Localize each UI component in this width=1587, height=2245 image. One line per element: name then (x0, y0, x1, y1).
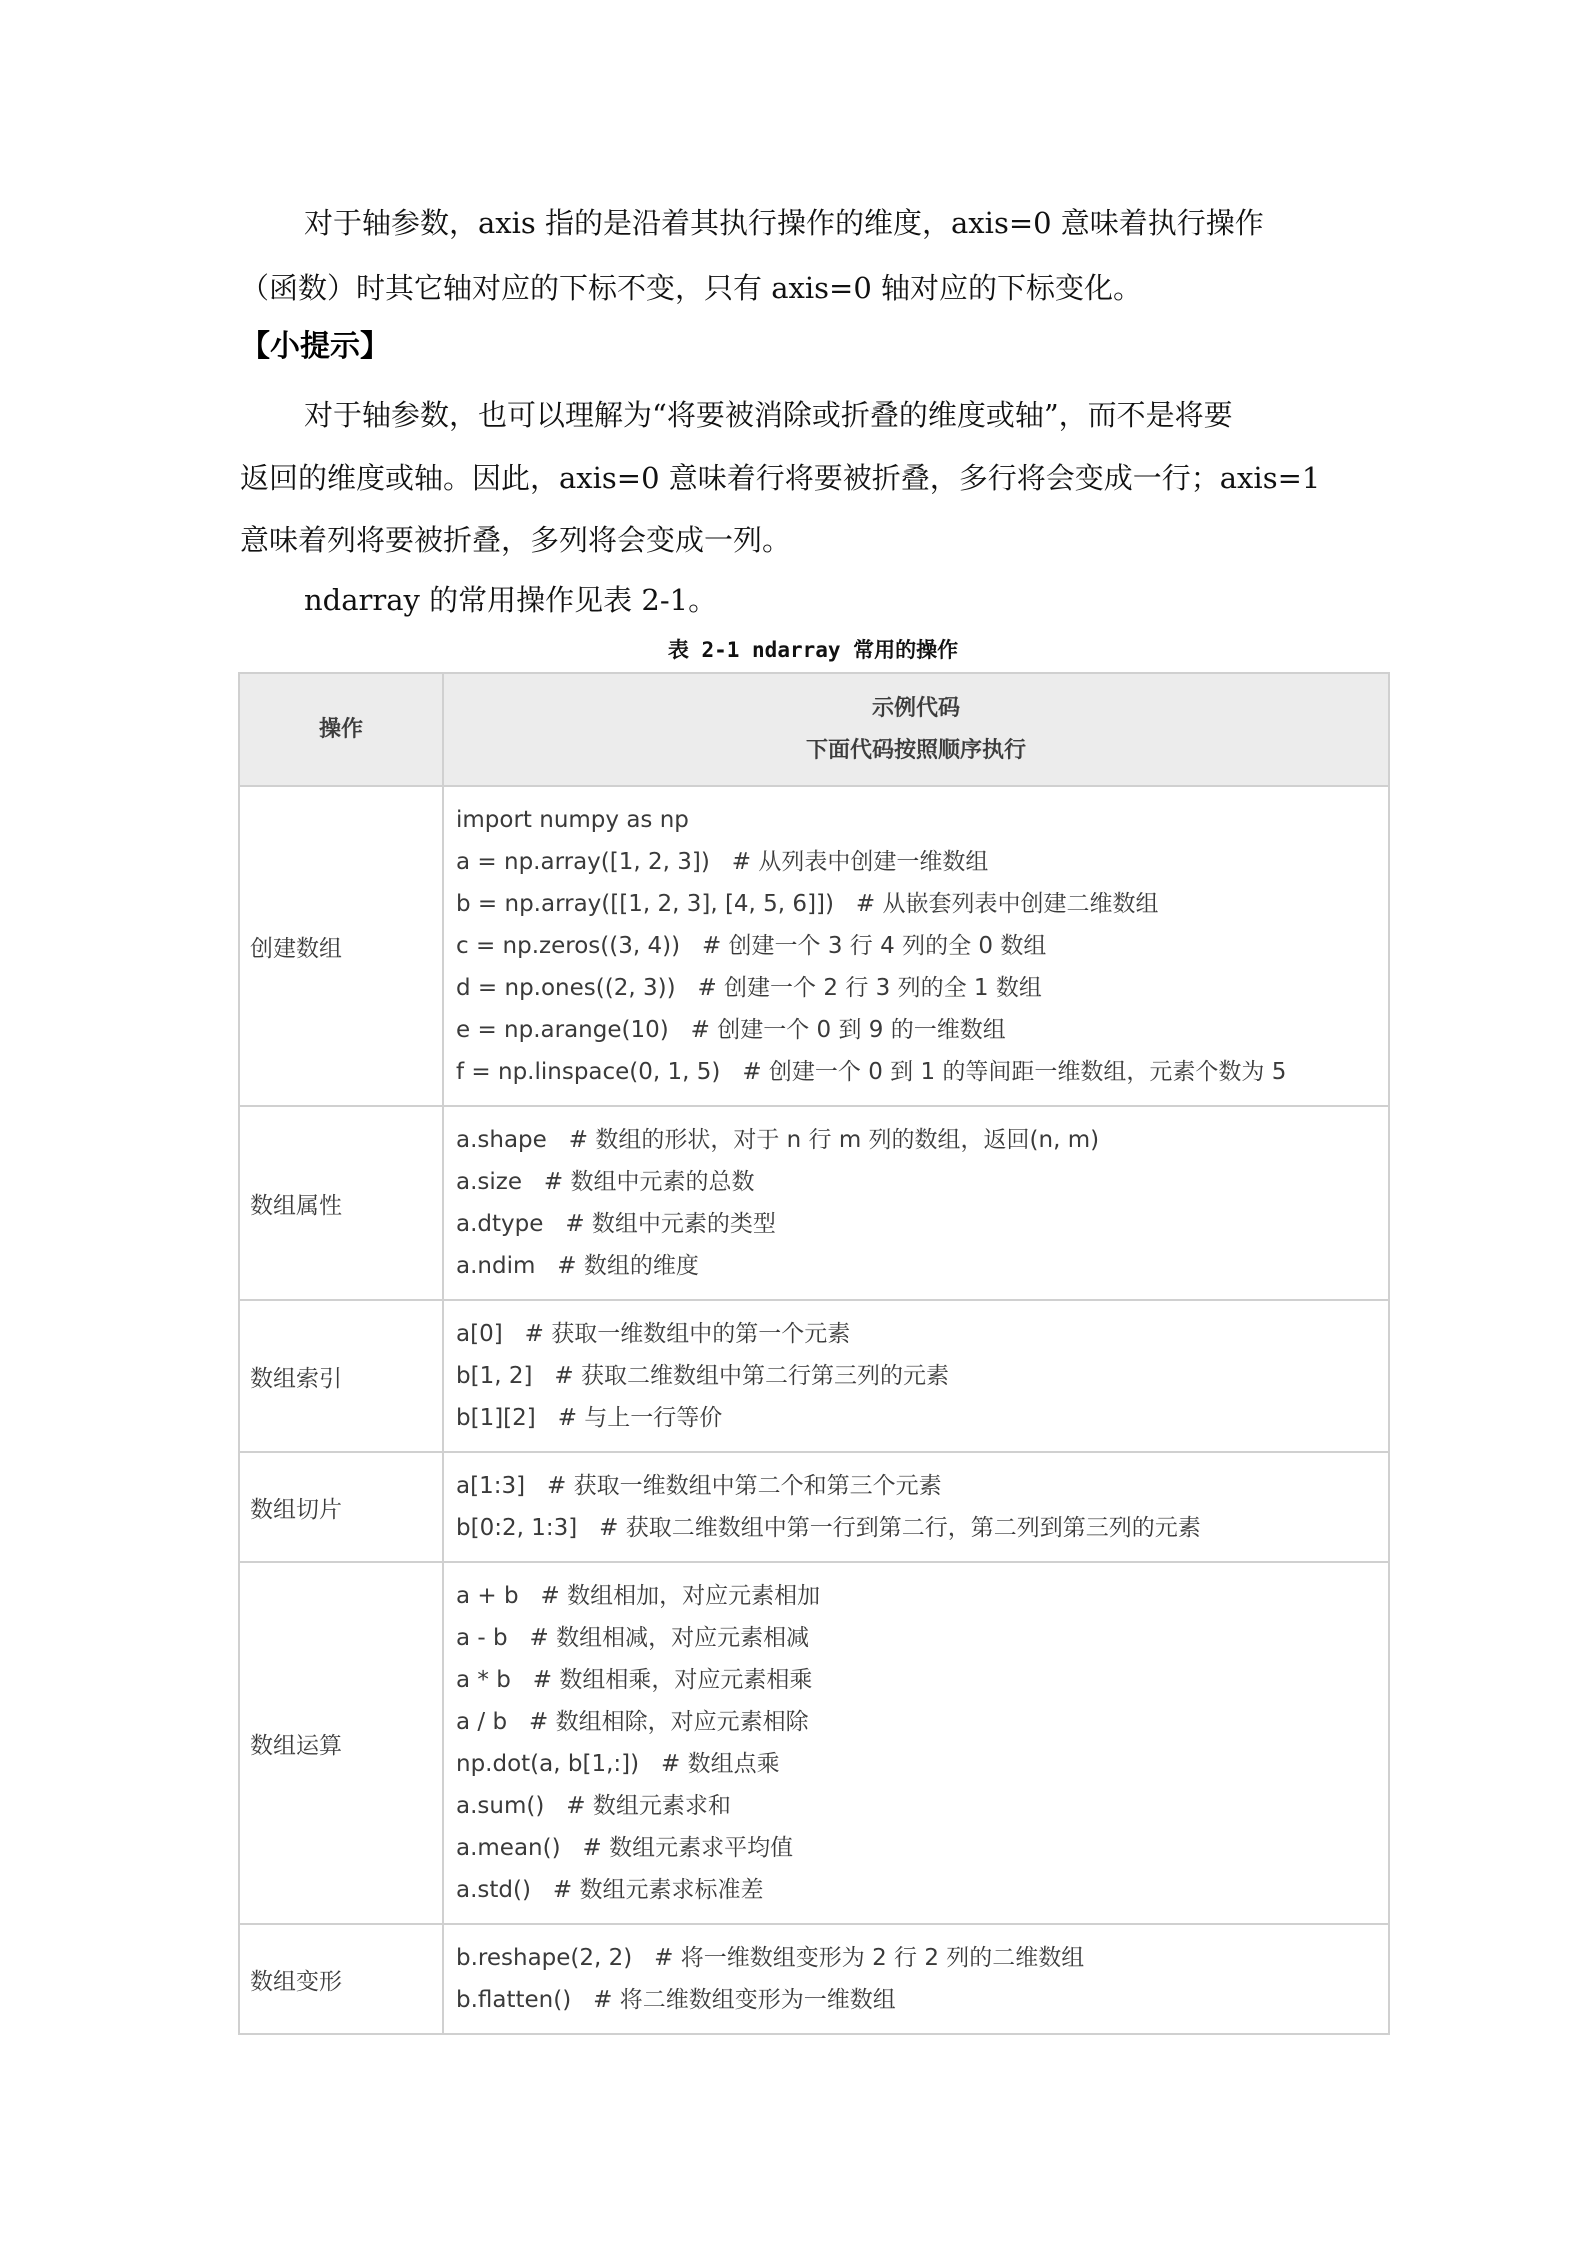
table-row: 数组运算 a + b # 数组相加，对应元素相加 a - b # 数组相减，对应… (239, 1562, 1389, 1924)
ndarray-operations-table: 操作 示例代码 下面代码按照顺序执行 创建数组 import numpy as … (238, 672, 1390, 2035)
code-line: a[0] # 获取一维数组中的第一个元素 (456, 1313, 1378, 1355)
tip-heading: 【小提示】 (240, 327, 390, 367)
code-line: a[1:3] # 获取一维数组中第二个和第三个元素 (456, 1465, 1378, 1507)
code-line: d = np.ones((2, 3)) # 创建一个 2 行 3 列的全 1 数… (456, 967, 1378, 1009)
code-line: b[0:2, 1:3] # 获取二维数组中第一行到第二行，第二列到第三列的元素 (456, 1507, 1378, 1549)
paragraph-tip-line-3: 意味着列将要被折叠，多列将会变成一列。 (240, 520, 791, 560)
paragraph-table-ref: ndarray 的常用操作见表 2-1。 (304, 580, 717, 620)
code-line: a.dtype # 数组中元素的类型 (456, 1203, 1378, 1245)
table-caption: 表 2-1 ndarray 常用的操作 (238, 632, 1388, 668)
code-cell: b.reshape(2, 2) # 将一维数组变形为 2 行 2 列的二维数组 … (443, 1924, 1389, 2034)
table-row: 数组属性 a.shape # 数组的形状，对于 n 行 m 列的数组，返回(n,… (239, 1106, 1389, 1300)
code-line: b.flatten() # 将二维数组变形为一维数组 (456, 1979, 1378, 2021)
code-line: b = np.array([[1, 2, 3], [4, 5, 6]]) # 从… (456, 883, 1378, 925)
table-row: 数组变形 b.reshape(2, 2) # 将一维数组变形为 2 行 2 列的… (239, 1924, 1389, 2034)
code-line: a + b # 数组相加，对应元素相加 (456, 1575, 1378, 1617)
paragraph-tip-line-1: 对于轴参数，也可以理解为“将要被消除或折叠的维度或轴”，而不是将要 (304, 395, 1233, 435)
paragraph-axis-line-2: （函数）时其它轴对应的下标不变，只有 axis=0 轴对应的下标变化。 (240, 268, 1142, 308)
code-line: np.dot(a, b[1,:]) # 数组点乘 (456, 1743, 1378, 1785)
header-example-code-subtitle: 下面代码按照顺序执行 (445, 730, 1387, 772)
paragraph-tip-line-2: 返回的维度或轴。因此，axis=0 意味着行将要被折叠，多行将会变成一行；axi… (240, 458, 1320, 498)
code-line: a.ndim # 数组的维度 (456, 1245, 1378, 1287)
code-line: a = np.array([1, 2, 3]) # 从列表中创建一维数组 (456, 841, 1378, 883)
paragraph-axis-line-1: 对于轴参数，axis 指的是沿着其执行操作的维度，axis=0 意味着执行操作 (304, 203, 1264, 243)
code-cell: a[1:3] # 获取一维数组中第二个和第三个元素 b[0:2, 1:3] # … (443, 1452, 1389, 1562)
operation-label: 数组切片 (239, 1452, 443, 1562)
code-line: c = np.zeros((3, 4)) # 创建一个 3 行 4 列的全 0 … (456, 925, 1378, 967)
code-cell: a.shape # 数组的形状，对于 n 行 m 列的数组，返回(n, m) a… (443, 1106, 1389, 1300)
code-cell: import numpy as np a = np.array([1, 2, 3… (443, 786, 1389, 1106)
header-example-code-title: 示例代码 (445, 688, 1387, 730)
code-line: b[1][2] # 与上一行等价 (456, 1397, 1378, 1439)
code-line: f = np.linspace(0, 1, 5) # 创建一个 0 到 1 的等… (456, 1051, 1378, 1093)
code-line: b.reshape(2, 2) # 将一维数组变形为 2 行 2 列的二维数组 (456, 1937, 1378, 1979)
code-line: a.mean() # 数组元素求平均值 (456, 1827, 1378, 1869)
code-line: e = np.arange(10) # 创建一个 0 到 9 的一维数组 (456, 1009, 1378, 1051)
table-row: 数组切片 a[1:3] # 获取一维数组中第二个和第三个元素 b[0:2, 1:… (239, 1452, 1389, 1562)
code-line: b[1, 2] # 获取二维数组中第二行第三列的元素 (456, 1355, 1378, 1397)
operation-label: 数组索引 (239, 1300, 443, 1452)
code-cell: a + b # 数组相加，对应元素相加 a - b # 数组相减，对应元素相减 … (443, 1562, 1389, 1924)
table-row: 创建数组 import numpy as np a = np.array([1,… (239, 786, 1389, 1106)
header-operation: 操作 (239, 673, 443, 786)
code-line: a - b # 数组相减，对应元素相减 (456, 1617, 1378, 1659)
code-line: import numpy as np (456, 799, 1378, 841)
code-line: a.sum() # 数组元素求和 (456, 1785, 1378, 1827)
code-line: a.shape # 数组的形状，对于 n 行 m 列的数组，返回(n, m) (456, 1119, 1378, 1161)
code-line: a.size # 数组中元素的总数 (456, 1161, 1378, 1203)
header-example-code: 示例代码 下面代码按照顺序执行 (443, 673, 1389, 786)
code-line: a.std() # 数组元素求标准差 (456, 1869, 1378, 1911)
table-header-row: 操作 示例代码 下面代码按照顺序执行 (239, 673, 1389, 786)
code-cell: a[0] # 获取一维数组中的第一个元素 b[1, 2] # 获取二维数组中第二… (443, 1300, 1389, 1452)
operation-label: 数组属性 (239, 1106, 443, 1300)
operation-label: 创建数组 (239, 786, 443, 1106)
operation-label: 数组运算 (239, 1562, 443, 1924)
code-line: a / b # 数组相除，对应元素相除 (456, 1701, 1378, 1743)
operation-label: 数组变形 (239, 1924, 443, 2034)
table-row: 数组索引 a[0] # 获取一维数组中的第一个元素 b[1, 2] # 获取二维… (239, 1300, 1389, 1452)
code-line: a * b # 数组相乘，对应元素相乘 (456, 1659, 1378, 1701)
document-page: 对于轴参数，axis 指的是沿着其执行操作的维度，axis=0 意味着执行操作 … (0, 0, 1587, 2245)
